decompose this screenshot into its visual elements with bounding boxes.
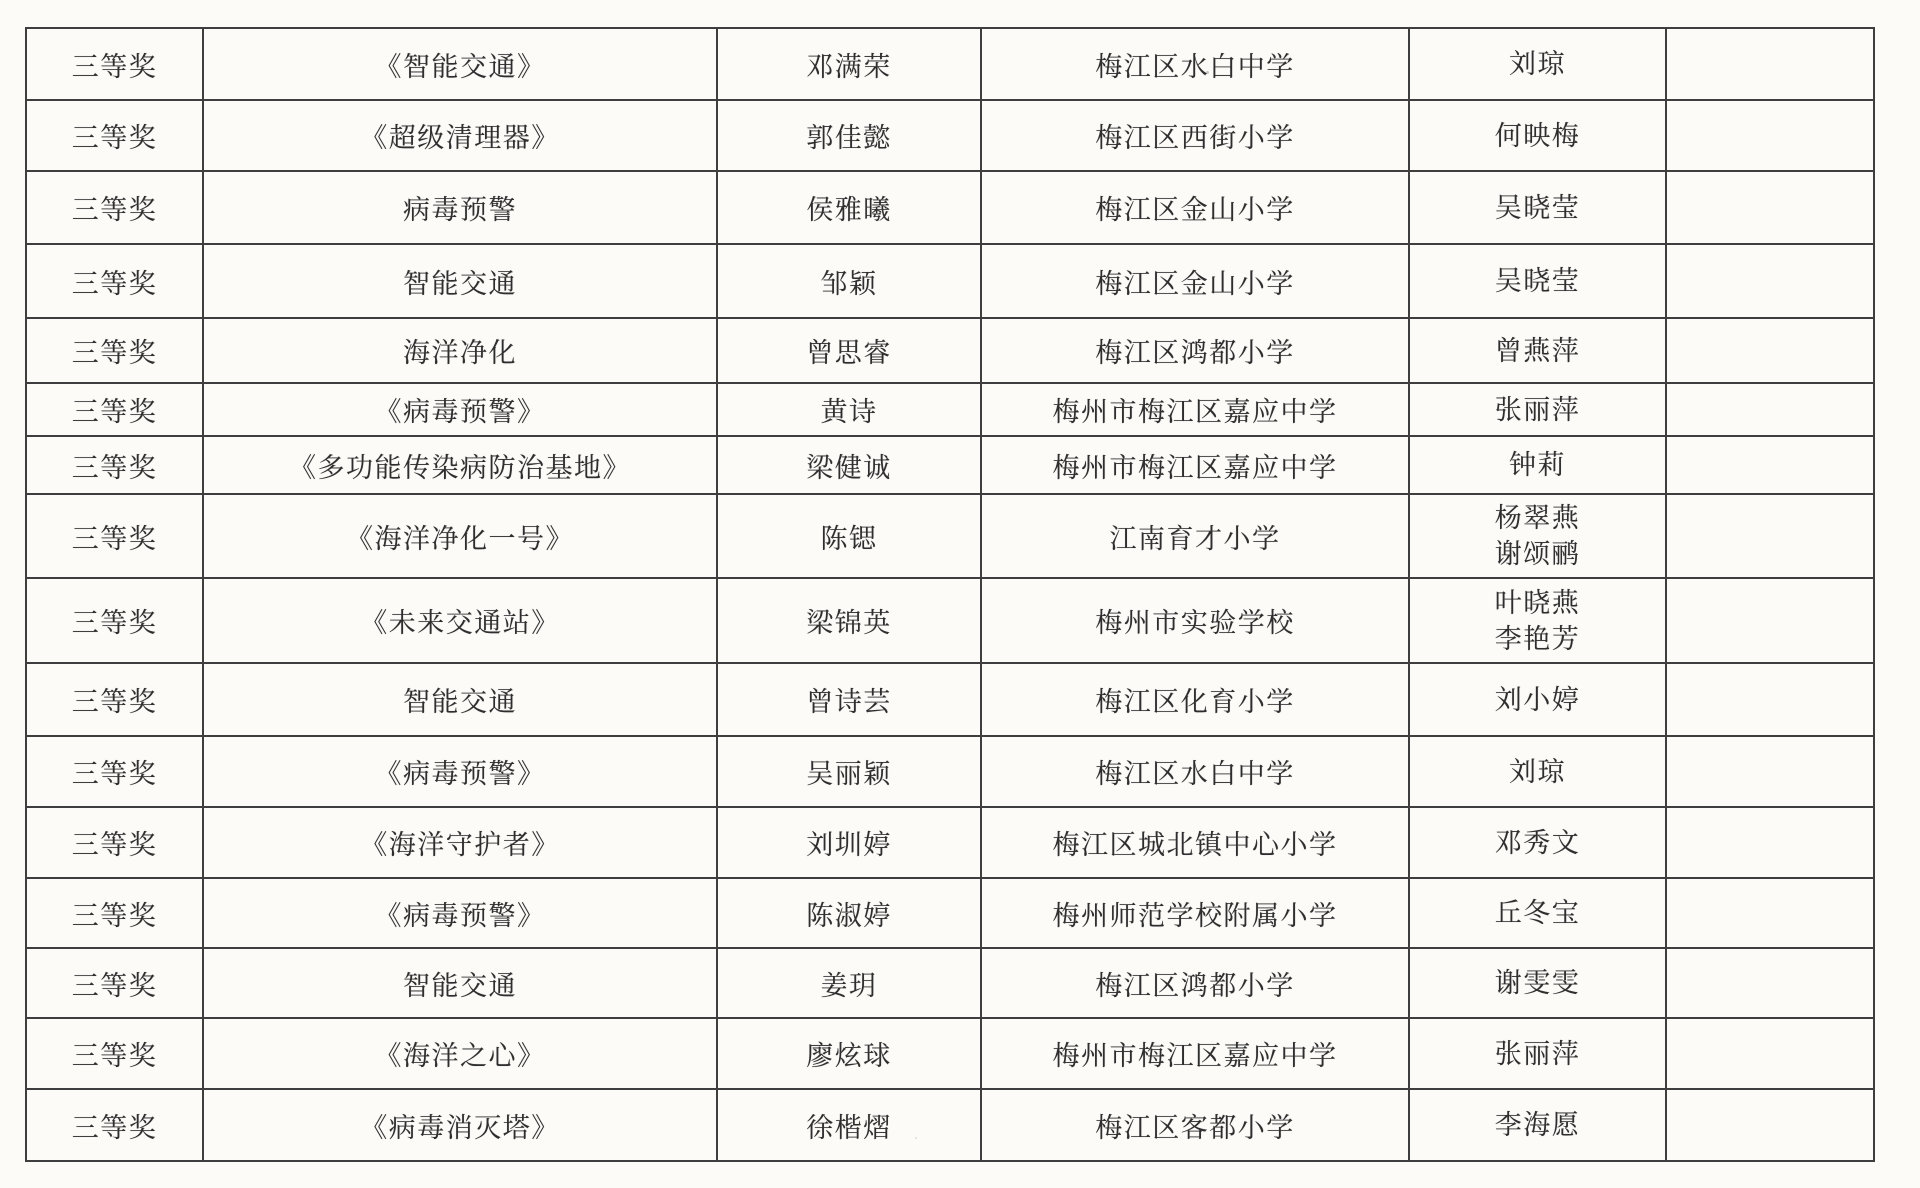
note-cell — [1666, 28, 1874, 100]
scan-speck — [1206, 71, 1209, 74]
table-row: 三等奖《多功能传染病防治基地》梁健诚梅州市梅江区嘉应中学钟莉 — [26, 436, 1874, 494]
work-title-cell: 《智能交通》 — [203, 28, 717, 100]
teacher-name-line: 刘小婷 — [1414, 682, 1661, 718]
award-cell: 三等奖 — [26, 807, 203, 878]
work-title-cell: 《海洋之心》 — [203, 1018, 717, 1089]
school-cell: 梅江区客都小学 — [981, 1089, 1409, 1161]
award-cell: 三等奖 — [26, 663, 203, 736]
school-cell: 梅州市实验学校 — [981, 578, 1409, 663]
table-row: 三等奖《未来交通站》梁锦英梅州市实验学校叶晓燕李艳芳 — [26, 578, 1874, 663]
teacher-name-line: 曾燕萍 — [1414, 333, 1661, 369]
note-cell — [1666, 436, 1874, 494]
school-cell: 梅江区鸿都小学 — [981, 318, 1409, 383]
table-row: 三等奖《病毒预警》吴丽颖梅江区水白中学刘琼 — [26, 736, 1874, 807]
work-title-cell: 《病毒预警》 — [203, 736, 717, 807]
award-cell: 三等奖 — [26, 878, 203, 948]
table-row: 三等奖智能交通姜玥梅江区鸿都小学谢雯雯 — [26, 948, 1874, 1018]
teacher-name-line: 刘琼 — [1414, 46, 1661, 82]
awards-table-body: 三等奖《智能交通》邓满荣梅江区水白中学刘琼三等奖《超级清理器》郭佳懿梅江区西街小… — [26, 28, 1874, 1161]
teacher-cell: 杨翠燕谢颂鹂 — [1409, 494, 1666, 578]
teacher-cell: 曾燕萍 — [1409, 318, 1666, 383]
author-cell: 刘圳婷 — [717, 807, 981, 878]
teacher-cell: 刘小婷 — [1409, 663, 1666, 736]
table-row: 三等奖《超级清理器》郭佳懿梅江区西街小学何映梅 — [26, 100, 1874, 171]
award-cell: 三等奖 — [26, 171, 203, 244]
author-cell: 姜玥 — [717, 948, 981, 1018]
work-title-cell: 智能交通 — [203, 663, 717, 736]
note-cell — [1666, 578, 1874, 663]
school-cell: 梅江区城北镇中心小学 — [981, 807, 1409, 878]
work-title-cell: 《多功能传染病防治基地》 — [203, 436, 717, 494]
author-cell: 曾思睿 — [717, 318, 981, 383]
teacher-name-line: 张丽萍 — [1414, 1036, 1661, 1072]
award-cell: 三等奖 — [26, 736, 203, 807]
teacher-cell: 吴晓莹 — [1409, 171, 1666, 244]
scan-speck — [915, 1137, 917, 1139]
note-cell — [1666, 1018, 1874, 1089]
teacher-cell: 何映梅 — [1409, 100, 1666, 171]
teacher-name-line: 刘琼 — [1414, 754, 1661, 790]
teacher-name-line: 邓秀文 — [1414, 825, 1661, 861]
teacher-cell: 张丽萍 — [1409, 383, 1666, 436]
author-cell: 徐楷熠 — [717, 1089, 981, 1161]
note-cell — [1666, 948, 1874, 1018]
author-cell: 邹颖 — [717, 244, 981, 318]
teacher-name-line: 丘冬宝 — [1414, 895, 1661, 931]
school-cell: 梅江区西街小学 — [981, 100, 1409, 171]
school-cell: 梅江区化育小学 — [981, 663, 1409, 736]
awards-table: 三等奖《智能交通》邓满荣梅江区水白中学刘琼三等奖《超级清理器》郭佳懿梅江区西街小… — [25, 27, 1875, 1162]
author-cell: 梁健诚 — [717, 436, 981, 494]
teacher-cell: 李海愿 — [1409, 1089, 1666, 1161]
author-cell: 廖炫球 — [717, 1018, 981, 1089]
work-title-cell: 《超级清理器》 — [203, 100, 717, 171]
school-cell: 梅江区金山小学 — [981, 171, 1409, 244]
teacher-cell: 刘琼 — [1409, 28, 1666, 100]
author-cell: 陈锶 — [717, 494, 981, 578]
author-cell: 侯雅曦 — [717, 171, 981, 244]
note-cell — [1666, 383, 1874, 436]
teacher-cell: 刘琼 — [1409, 736, 1666, 807]
teacher-name-line: 钟莉 — [1414, 447, 1661, 483]
author-cell: 邓满荣 — [717, 28, 981, 100]
teacher-cell: 钟莉 — [1409, 436, 1666, 494]
table-row: 三等奖《智能交通》邓满荣梅江区水白中学刘琼 — [26, 28, 1874, 100]
note-cell — [1666, 1089, 1874, 1161]
school-cell: 梅州市梅江区嘉应中学 — [981, 383, 1409, 436]
teacher-name-line: 李海愿 — [1414, 1107, 1661, 1143]
school-cell: 梅江区水白中学 — [981, 736, 1409, 807]
teacher-cell: 邓秀文 — [1409, 807, 1666, 878]
work-title-cell: 《未来交通站》 — [203, 578, 717, 663]
table-row: 三等奖《病毒消灭塔》徐楷熠梅江区客都小学李海愿 — [26, 1089, 1874, 1161]
table-row: 三等奖《海洋净化一号》陈锶江南育才小学杨翠燕谢颂鹂 — [26, 494, 1874, 578]
note-cell — [1666, 878, 1874, 948]
teacher-name-line: 李艳芳 — [1414, 621, 1661, 657]
work-title-cell: 《病毒预警》 — [203, 878, 717, 948]
teacher-name-line: 何映梅 — [1414, 118, 1661, 154]
note-cell — [1666, 663, 1874, 736]
author-cell: 黄诗 — [717, 383, 981, 436]
teacher-name-line: 吴晓莹 — [1414, 190, 1661, 226]
note-cell — [1666, 736, 1874, 807]
school-cell: 梅江区金山小学 — [981, 244, 1409, 318]
award-cell: 三等奖 — [26, 578, 203, 663]
school-cell: 江南育才小学 — [981, 494, 1409, 578]
work-title-cell: 智能交通 — [203, 948, 717, 1018]
table-row: 三等奖病毒预警侯雅曦梅江区金山小学吴晓莹 — [26, 171, 1874, 244]
teacher-cell: 丘冬宝 — [1409, 878, 1666, 948]
school-cell: 梅州师范学校附属小学 — [981, 878, 1409, 948]
table-row: 三等奖《病毒预警》陈淑婷梅州师范学校附属小学丘冬宝 — [26, 878, 1874, 948]
work-title-cell: 《海洋净化一号》 — [203, 494, 717, 578]
award-cell: 三等奖 — [26, 318, 203, 383]
work-title-cell: 《病毒预警》 — [203, 383, 717, 436]
author-cell: 曾诗芸 — [717, 663, 981, 736]
teacher-name-line: 杨翠燕 — [1414, 500, 1661, 536]
award-cell: 三等奖 — [26, 383, 203, 436]
table-row: 三等奖海洋净化曾思睿梅江区鸿都小学曾燕萍 — [26, 318, 1874, 383]
author-cell: 郭佳懿 — [717, 100, 981, 171]
work-title-cell: 病毒预警 — [203, 171, 717, 244]
note-cell — [1666, 807, 1874, 878]
teacher-cell: 张丽萍 — [1409, 1018, 1666, 1089]
school-cell: 梅州市梅江区嘉应中学 — [981, 1018, 1409, 1089]
award-cell: 三等奖 — [26, 1018, 203, 1089]
note-cell — [1666, 318, 1874, 383]
award-cell: 三等奖 — [26, 494, 203, 578]
award-cell: 三等奖 — [26, 244, 203, 318]
award-cell: 三等奖 — [26, 100, 203, 171]
school-cell: 梅州市梅江区嘉应中学 — [981, 436, 1409, 494]
award-cell: 三等奖 — [26, 28, 203, 100]
table-row: 三等奖智能交通曾诗芸梅江区化育小学刘小婷 — [26, 663, 1874, 736]
table-row: 三等奖智能交通邹颖梅江区金山小学吴晓莹 — [26, 244, 1874, 318]
table-row: 三等奖《海洋之心》廖炫球梅州市梅江区嘉应中学张丽萍 — [26, 1018, 1874, 1089]
teacher-name-line: 谢雯雯 — [1414, 965, 1661, 1001]
author-cell: 梁锦英 — [717, 578, 981, 663]
scanned-document-page: 三等奖《智能交通》邓满荣梅江区水白中学刘琼三等奖《超级清理器》郭佳懿梅江区西街小… — [0, 0, 1920, 1188]
note-cell — [1666, 494, 1874, 578]
work-title-cell: 《海洋守护者》 — [203, 807, 717, 878]
author-cell: 陈淑婷 — [717, 878, 981, 948]
award-cell: 三等奖 — [26, 1089, 203, 1161]
note-cell — [1666, 100, 1874, 171]
school-cell: 梅江区鸿都小学 — [981, 948, 1409, 1018]
teacher-cell: 吴晓莹 — [1409, 244, 1666, 318]
school-cell: 梅江区水白中学 — [981, 28, 1409, 100]
award-cell: 三等奖 — [26, 436, 203, 494]
award-cell: 三等奖 — [26, 948, 203, 1018]
table-row: 三等奖《海洋守护者》刘圳婷梅江区城北镇中心小学邓秀文 — [26, 807, 1874, 878]
teacher-name-line: 张丽萍 — [1414, 392, 1661, 428]
author-cell: 吴丽颖 — [717, 736, 981, 807]
teacher-name-line: 谢颂鹂 — [1414, 536, 1661, 572]
note-cell — [1666, 244, 1874, 318]
table-row: 三等奖《病毒预警》黄诗梅州市梅江区嘉应中学张丽萍 — [26, 383, 1874, 436]
work-title-cell: 智能交通 — [203, 244, 717, 318]
note-cell — [1666, 171, 1874, 244]
work-title-cell: 《病毒消灭塔》 — [203, 1089, 717, 1161]
teacher-name-line: 叶晓燕 — [1414, 585, 1661, 621]
teacher-cell: 谢雯雯 — [1409, 948, 1666, 1018]
work-title-cell: 海洋净化 — [203, 318, 717, 383]
teacher-cell: 叶晓燕李艳芳 — [1409, 578, 1666, 663]
teacher-name-line: 吴晓莹 — [1414, 263, 1661, 299]
